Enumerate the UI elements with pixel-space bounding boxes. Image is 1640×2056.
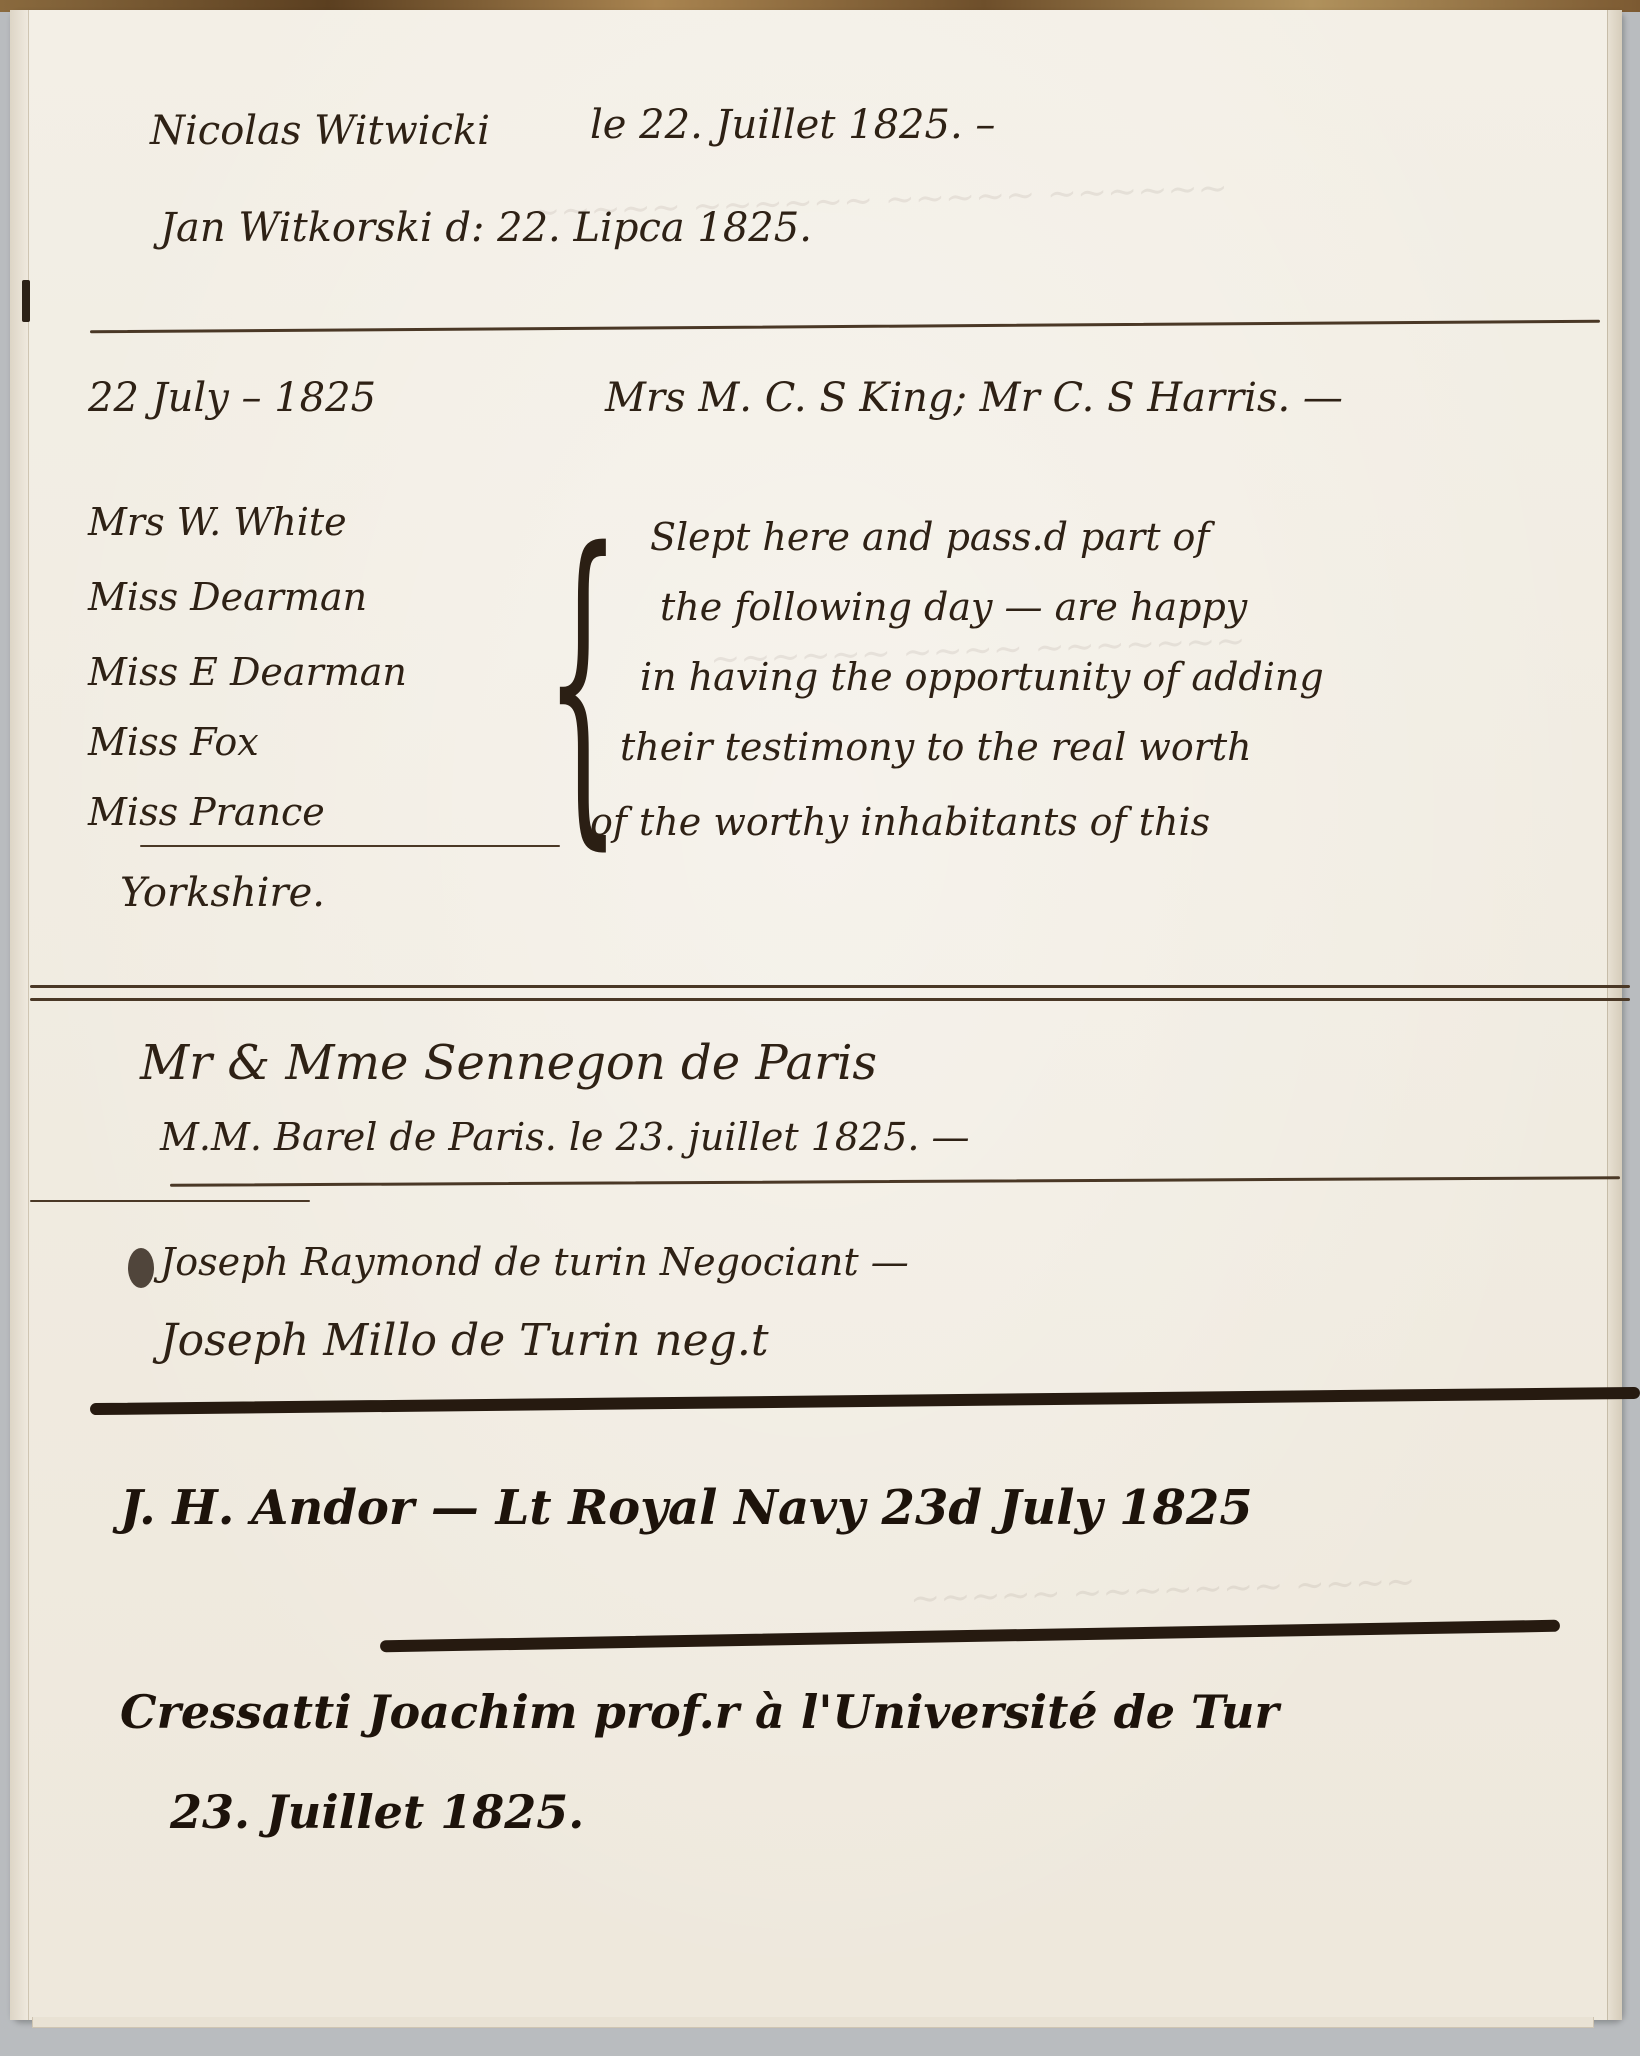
page-fore-edge: [1607, 10, 1622, 2020]
entry-divider: [90, 320, 1600, 334]
entry-divider: [30, 985, 1630, 988]
visitor-name: Miss Dearman: [88, 575, 367, 619]
remark-line: their testimony to the real worth: [620, 725, 1252, 769]
entry-header: Mrs M. C. S King; Mr C. S Harris. —: [605, 375, 1343, 421]
date-line: le 22. Juillet 1825. –: [590, 102, 995, 148]
binding-thread: [22, 280, 30, 322]
signature-line: Joseph Millo de Turin neg.t: [160, 1315, 769, 1366]
entry-divider: [170, 1176, 1620, 1187]
entry-date: 22 July – 1825: [88, 375, 376, 421]
visitor-place: Yorkshire.: [120, 870, 325, 916]
page-bottom-stack: [32, 2017, 1594, 2028]
remark-line: in having the opportunity of adding: [640, 655, 1324, 699]
ink-blot: [128, 1248, 154, 1288]
visitor-name: Miss Fox: [88, 720, 259, 764]
entry-divider: [30, 1200, 310, 1202]
manuscript-page: ~~~~~ ~~~~~~ ~~~~~ ~~~~~~ ~~~~~~ ~~~~ ~~…: [10, 10, 1622, 2020]
visitor-name: Miss Prance: [88, 790, 325, 834]
signature-line: Joseph Raymond de turin Negociant —: [160, 1240, 909, 1284]
visitor-name: Miss E Dearman: [88, 650, 407, 694]
grouping-brace: {: [545, 510, 621, 850]
signature-line: Cressatti Joachim prof.r à l'Université …: [120, 1685, 1279, 1739]
signature-line: Nicolas Witwicki: [150, 108, 490, 154]
signature-line: J. H. Andor — Lt Royal Navy 23d July 182…: [120, 1480, 1253, 1536]
signature-line: Mr & Mme Sennegon de Paris: [140, 1035, 877, 1091]
visitor-name: Mrs W. White: [88, 500, 347, 544]
date-line: 23. Juillet 1825.: [170, 1785, 584, 1839]
underline: [140, 845, 560, 847]
show-through-text: ~~~~~ ~~~~~~~ ~~~~: [909, 1561, 1416, 1620]
signature-line: Jan Witkorski d: 22. Lipca 1825.: [160, 205, 812, 251]
remark-line: of the worthy inhabitants of this: [590, 800, 1210, 844]
remark-line: Slept here and pass.d part of: [650, 515, 1209, 559]
entry-divider: [380, 1620, 1560, 1653]
signature-line: M.M. Barel de Paris. le 23. juillet 1825…: [160, 1115, 970, 1159]
entry-divider: [30, 998, 1630, 1001]
remark-line: the following day — are happy: [660, 585, 1247, 629]
entry-divider: [90, 1387, 1640, 1415]
